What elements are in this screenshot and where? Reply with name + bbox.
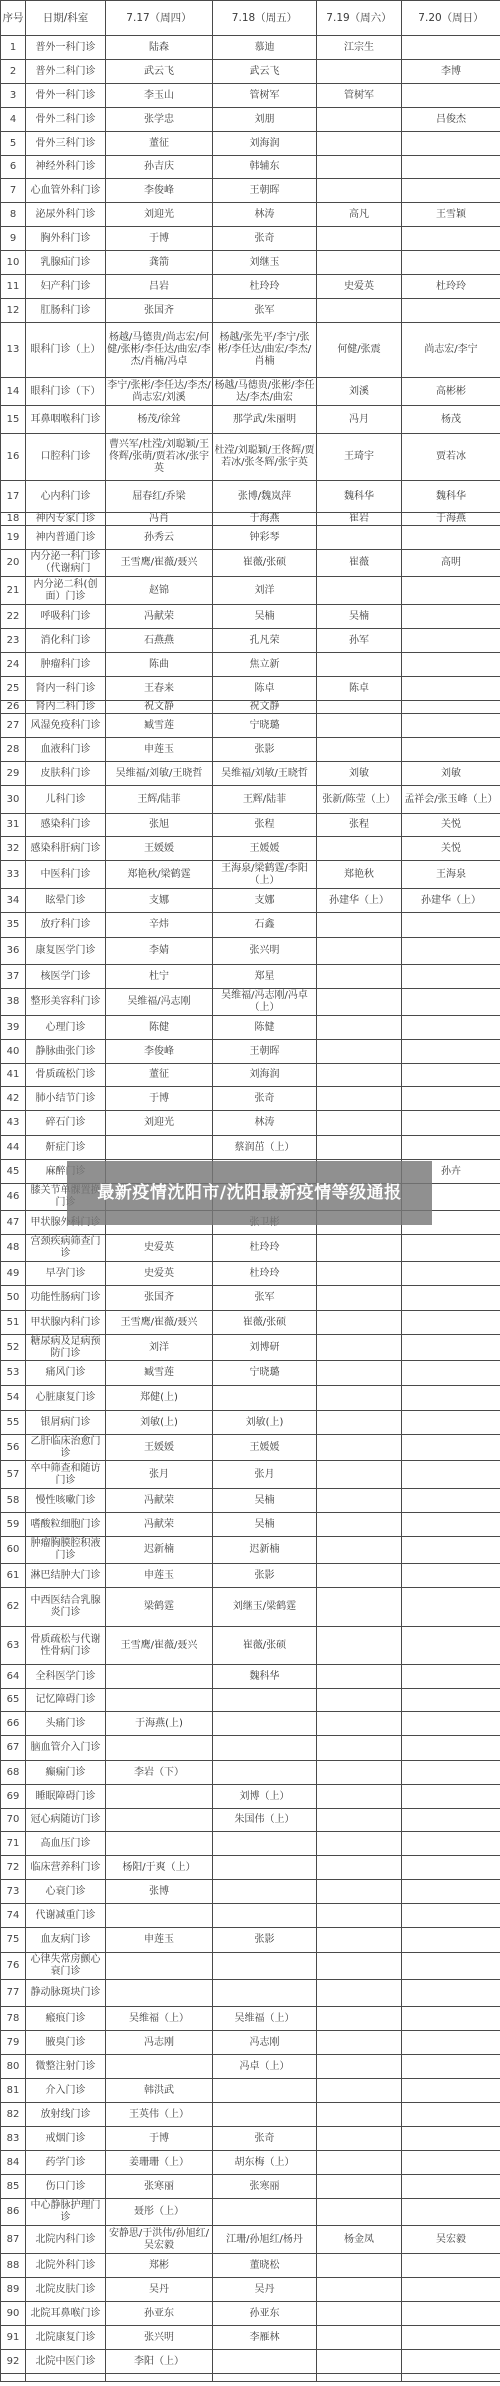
doctor-0720 (402, 1880, 500, 1904)
doctor-0718: 刘继玉 (213, 251, 317, 275)
row-number: 60 (1, 1537, 26, 1564)
table-row: 65记忆障碍门诊 (1, 1689, 500, 1712)
department-name: 神内普通门诊 (26, 526, 106, 550)
table-row: 9胸外科门诊于博张奇 (1, 227, 500, 251)
doctor-0718: 林涛 (213, 203, 317, 227)
department-name: 癫痫门诊 (26, 1761, 106, 1785)
doctor-0720: 魏科华 (402, 481, 500, 513)
table-row: 72临床营养科门诊杨阳/于爽（上） (1, 1856, 500, 1880)
doctor-0717: 李俊峰 (106, 179, 213, 203)
doctor-0720: 孙建华（上） (402, 889, 500, 913)
doctor-0720: 王海泉 (402, 861, 500, 889)
table-row: 36康复医学门诊李婧张兴明 (1, 938, 500, 965)
doctor-0720 (402, 577, 500, 605)
doctor-0720: 王雪颖 (402, 203, 500, 227)
doctor-0718: 崔薇/张硕 (213, 1311, 317, 1335)
department-name: 肺小结节门诊 (26, 1087, 106, 1111)
doctor-0718: 江珊/孙旭红/杨丹 (213, 2226, 317, 2254)
doctor-0718: 杜玲玲 (213, 1235, 317, 1262)
doctor-0718: 林涛 (213, 1111, 317, 1136)
table-row: 35放疗科门诊辛炜石鑫 (1, 913, 500, 938)
department-name: 眼科门诊（下） (26, 378, 106, 406)
doctor-0717: 张学忠 (106, 108, 213, 132)
doctor-0717: 申莲玉 (106, 738, 213, 762)
doctor-0719: 江宗生 (317, 36, 402, 60)
col-header-date-0717: 7.17（周四） (106, 1, 213, 36)
doctor-0718: 杨越/马德贵/张彬/李任达/李杰/曲宏 (213, 378, 317, 406)
doctor-0719 (317, 1286, 402, 1311)
doctor-0717: 张月 (106, 1461, 213, 1489)
doctor-0718: 张博/魏岚萍 (213, 481, 317, 513)
table-row: 63骨质疏松与代谢性骨病门诊王雪鹰/崔薇/聂兴崔薇/张硕 (1, 1627, 500, 1665)
doctor-0717: 石燕燕 (106, 629, 213, 653)
doctor-0717: 张寒丽 (106, 2175, 213, 2199)
doctor-0720 (402, 1928, 500, 1953)
table-row: 67脑血管介入门诊 (1, 1736, 500, 1761)
doctor-0718: 吴维福/刘敏/王晓哲 (213, 762, 317, 786)
department-name: 心脏康复门诊 (26, 1386, 106, 1411)
doctor-0718: 韩辅东 (213, 156, 317, 179)
doctor-0720 (402, 913, 500, 938)
table-row: 4骨外二科门诊张学忠刘朋吕俊杰 (1, 108, 500, 132)
doctor-0719 (317, 179, 402, 203)
row-number: 68 (1, 1761, 26, 1785)
department-name: 肾内一科门诊 (26, 677, 106, 701)
department-name: 乳腺疝门诊 (26, 251, 106, 275)
row-number: 42 (1, 1087, 26, 1111)
doctor-0718: 杜玲玲 (213, 1262, 317, 1286)
row-number: 5 (1, 132, 26, 156)
doctor-0717 (106, 1736, 213, 1761)
doctor-0718 (213, 1980, 317, 2007)
doctor-0719: 崔岩 (317, 513, 402, 526)
doctor-0717: 韩洪武 (106, 2079, 213, 2103)
department-name: 骨外二科门诊 (26, 108, 106, 132)
doctor-0719 (317, 1461, 402, 1489)
doctor-0718: 王朝晖 (213, 179, 317, 203)
table-row: 6神经外科门诊孙吉庆韩辅东 (1, 156, 500, 179)
doctor-0720 (402, 1040, 500, 1064)
row-number: 72 (1, 1856, 26, 1880)
department-name: 北院康复门诊 (26, 2326, 106, 2350)
doctor-0718: 吴丹 (213, 2278, 317, 2302)
table-row: 33中医科门诊郑艳秋/梁鹤霆王海泉/梁鹤霆/李阳（上）郑艳秋王海泉 (1, 861, 500, 889)
row-number: 30 (1, 786, 26, 814)
row-number: 36 (1, 938, 26, 965)
department-name: 呼吸科门诊 (26, 605, 106, 629)
doctor-0717: 史爱英 (106, 1262, 213, 1286)
row-number: 51 (1, 1311, 26, 1335)
doctor-0718: 慕迪 (213, 36, 317, 60)
doctor-0718: 支娜 (213, 889, 317, 913)
doctor-0720 (402, 1856, 500, 1880)
department-name: 睡眠障碍门诊 (26, 1785, 106, 1809)
table-row: 85伤口门诊张寒丽张寒丽 (1, 2175, 500, 2199)
col-header-date-0718: 7.18（周五） (213, 1, 317, 36)
table-row: 76心律失常房颤心衰门诊 (1, 1953, 500, 1980)
doctor-0718: 刘敏(上) (213, 1411, 317, 1435)
department-name: 感染科肝病门诊 (26, 837, 106, 861)
doctor-0717 (106, 2055, 213, 2079)
row-number: 11 (1, 275, 26, 299)
col-header-date-0720: 7.20（周日） (402, 1, 500, 36)
row-number: 6 (1, 156, 26, 179)
doctor-0718: 魏科华 (213, 1665, 317, 1689)
doctor-0720 (402, 2254, 500, 2278)
department-name: 静脉曲张门诊 (26, 1040, 106, 1064)
table-row: 15耳鼻咽喉科门诊杨茂/徐耸那学武/朱丽明冯月杨茂 (1, 406, 500, 434)
department-name: 神内专家门诊 (26, 513, 106, 526)
doctor-0718 (213, 2350, 317, 2374)
doctor-0718: 石鑫 (213, 913, 317, 938)
doctor-0718: 李雁林 (213, 2326, 317, 2350)
doctor-0719 (317, 526, 402, 550)
doctor-0717: 陈曲 (106, 653, 213, 677)
row-number: 16 (1, 434, 26, 481)
doctor-0718: 孔凡荣 (213, 629, 317, 653)
table-row: 43碎石门诊刘迎光林涛 (1, 1111, 500, 1136)
department-name: 北院外科门诊 (26, 2254, 106, 2278)
department-name: 脑血管介入门诊 (26, 1736, 106, 1761)
doctor-0717: 臧雪莲 (106, 714, 213, 738)
row-number: 59 (1, 1513, 26, 1537)
doctor-0720 (402, 1832, 500, 1856)
doctor-0720 (402, 132, 500, 156)
table-row: 61淋巴结肿大门诊申莲玉张影 (1, 1564, 500, 1588)
doctor-0719: 魏科华 (317, 481, 402, 513)
doctor-0717: 王媛媛 (106, 1435, 213, 1461)
doctor-0717: 于博 (106, 227, 213, 251)
doctor-0720 (402, 2302, 500, 2326)
department-name: 药学门诊 (26, 2151, 106, 2175)
doctor-0720 (402, 299, 500, 323)
department-name: 口腔科门诊 (26, 434, 106, 481)
empty-cell (1, 2374, 26, 2382)
table-row: 79腋臭门诊冯志刚冯志刚 (1, 2031, 500, 2055)
table-row: 30儿科门诊王辉/陆菲王辉/陆菲张新/陈莹（上）孟祥会/张玉峰（上） (1, 786, 500, 814)
table-row: 5骨外三科门诊董征刘海润 (1, 132, 500, 156)
doctor-0719: 王琦宇 (317, 434, 402, 481)
table-row: 27风湿免疫科门诊臧雪莲宁晓璐 (1, 714, 500, 738)
doctor-0719 (317, 1689, 402, 1712)
doctor-0718: 吴维福（上） (213, 2007, 317, 2031)
row-number: 27 (1, 714, 26, 738)
doctor-0718: 吴楠 (213, 605, 317, 629)
doctor-0719 (317, 1953, 402, 1980)
doctor-0717: 支娜 (106, 889, 213, 913)
row-number: 86 (1, 2199, 26, 2226)
doctor-0720 (402, 2055, 500, 2079)
col-header-date-0719: 7.19（周六） (317, 1, 402, 36)
doctor-0719: 杨金凤 (317, 2226, 402, 2254)
doctor-0719: 何健/张震 (317, 323, 402, 378)
doctor-0720 (402, 1411, 500, 1435)
doctor-0719 (317, 1311, 402, 1335)
row-number: 64 (1, 1665, 26, 1689)
doctor-0717: 孙吉庆 (106, 156, 213, 179)
doctor-0717: 杨阳/于爽（上） (106, 1856, 213, 1880)
doctor-0720 (402, 2278, 500, 2302)
doctor-0718: 刘朋 (213, 108, 317, 132)
department-name: 代谢减重门诊 (26, 1904, 106, 1928)
doctor-0717 (106, 1980, 213, 2007)
department-name: 糖尿病及足病预防门诊 (26, 1335, 106, 1361)
doctor-0720: 杨茂 (402, 406, 500, 434)
department-name: 肾内二科门诊 (26, 701, 106, 714)
doctor-0720 (402, 1953, 500, 1980)
doctor-0718: 焦立新 (213, 653, 317, 677)
department-name: 心律失常房颤心衰门诊 (26, 1953, 106, 1980)
doctor-0720: 吴宏毅 (402, 2226, 500, 2254)
doctor-0719 (317, 2326, 402, 2350)
doctor-0719 (317, 837, 402, 861)
doctor-0718 (213, 1712, 317, 1736)
doctor-0719 (317, 2175, 402, 2199)
row-number: 88 (1, 2254, 26, 2278)
department-name: 记忆障碍门诊 (26, 1689, 106, 1712)
doctor-0720 (402, 251, 500, 275)
row-number: 49 (1, 1262, 26, 1286)
doctor-0718: 张月 (213, 1461, 317, 1489)
doctor-0717: 武云飞 (106, 60, 213, 84)
doctor-0717: 王辉/陆菲 (106, 786, 213, 814)
doctor-0720 (402, 738, 500, 762)
doctor-0717: 张旭 (106, 814, 213, 837)
doctor-0717: 王雪鹰/崔薇/聂兴 (106, 1311, 213, 1335)
doctor-0717: 孙秀云 (106, 526, 213, 550)
doctor-0717: 吴丹 (106, 2278, 213, 2302)
row-number: 78 (1, 2007, 26, 2031)
doctor-0717: 姜珊珊（上） (106, 2151, 213, 2175)
doctor-0717 (106, 1689, 213, 1712)
doctor-0720 (402, 156, 500, 179)
department-name: 肿瘤科门诊 (26, 653, 106, 677)
department-name: 皮肤科门诊 (26, 762, 106, 786)
doctor-0717: 陈健 (106, 1016, 213, 1040)
row-number: 47 (1, 1211, 26, 1235)
empty-cell (106, 2374, 213, 2382)
doctor-0718: 冯志刚 (213, 2031, 317, 2055)
doctor-0719 (317, 1513, 402, 1537)
doctor-0718 (213, 2199, 317, 2226)
table-row: 57卒中筛查和随访门诊张月张月 (1, 1461, 500, 1489)
table-row: 44鼾症门诊蔡润茁（上） (1, 1136, 500, 1160)
doctor-0719 (317, 1880, 402, 1904)
doctor-0719: 郑艳秋 (317, 861, 402, 889)
doctor-0718: 王朝晖 (213, 1040, 317, 1064)
doctor-0720 (402, 179, 500, 203)
table-row: 66头痛门诊于海燕(上) (1, 1712, 500, 1736)
col-header-department: 日期/科室 (26, 1, 106, 36)
doctor-0720: 孟祥会/张玉峰（上） (402, 786, 500, 814)
doctor-0718: 张程 (213, 814, 317, 837)
doctor-0717: 吴维福/冯志刚 (106, 989, 213, 1016)
department-name: 临床营养科门诊 (26, 1856, 106, 1880)
doctor-0718: 吴维福/冯志刚/冯卓（上） (213, 989, 317, 1016)
row-number: 34 (1, 889, 26, 913)
doctor-0718: 祝文静 (213, 701, 317, 714)
doctor-0717: 郑艳秋/梁鹤霆 (106, 861, 213, 889)
table-row: 51甲状腺内科门诊王雪鹰/崔薇/聂兴崔薇/张硕 (1, 1311, 500, 1335)
doctor-0718: 崔薇/张硕 (213, 1627, 317, 1665)
department-name: 中心静脉护理门诊 (26, 2199, 106, 2226)
doctor-0719 (317, 156, 402, 179)
doctor-0717 (106, 1809, 213, 1832)
doctor-0720 (402, 714, 500, 738)
table-row: 73心衰门诊张博 (1, 1880, 500, 1904)
doctor-0719 (317, 1262, 402, 1286)
table-row: 16口腔科门诊曹兴军/杜滢/刘聪颖/王佟辉/张萌/贾若冰/张宇英杜滢/刘聪颖/王… (1, 434, 500, 481)
row-number: 61 (1, 1564, 26, 1588)
table-row: 86中心静脉护理门诊聂彤（上） (1, 2199, 500, 2226)
row-number: 56 (1, 1435, 26, 1461)
table-row: 7心血管外科门诊李俊峰王朝晖 (1, 179, 500, 203)
department-name: 放射线门诊 (26, 2103, 106, 2127)
department-name: 普外二科门诊 (26, 60, 106, 84)
row-number: 92 (1, 2350, 26, 2374)
doctor-0719 (317, 1785, 402, 1809)
doctor-0719: 高凡 (317, 203, 402, 227)
department-name: 甲状腺内科门诊 (26, 1311, 106, 1335)
doctor-0720 (402, 1627, 500, 1665)
table-row: 31感染科门诊张旭张程张程关悦 (1, 814, 500, 837)
doctor-0719 (317, 913, 402, 938)
doctor-0719: 刘敏 (317, 762, 402, 786)
department-name: 瘢痕门诊 (26, 2007, 106, 2031)
doctor-0720 (402, 1537, 500, 1564)
doctor-0718 (213, 1736, 317, 1761)
table-row: 64全科医学门诊魏科华 (1, 1665, 500, 1689)
doctor-0719 (317, 1489, 402, 1513)
doctor-0717 (106, 1953, 213, 1980)
doctor-0720: 尚志宏/李宁 (402, 323, 500, 378)
table-row: 52糖尿病及足病预防门诊刘洋刘博研 (1, 1335, 500, 1361)
doctor-0718: 刘洋 (213, 577, 317, 605)
table-row: 37核医学门诊杜宁郑星 (1, 965, 500, 989)
doctor-0719 (317, 1361, 402, 1386)
doctor-0720: 高明 (402, 550, 500, 577)
row-number: 50 (1, 1286, 26, 1311)
table-row: 17心内科门诊屈春红/乔梁张博/魏岚萍魏科华魏科华 (1, 481, 500, 513)
row-number: 33 (1, 861, 26, 889)
row-number: 53 (1, 1361, 26, 1386)
department-name: 介入门诊 (26, 2079, 106, 2103)
doctor-0719 (317, 2350, 402, 2374)
row-number: 81 (1, 2079, 26, 2103)
table-row: 48宫颈疾病筛查门诊史爱英杜玲玲 (1, 1235, 500, 1262)
table-row: 39心理门诊陈健陈健 (1, 1016, 500, 1040)
doctor-0720: 刘敏 (402, 762, 500, 786)
doctor-0720 (402, 1136, 500, 1160)
doctor-0718: 张奇 (213, 227, 317, 251)
table-row: 19神内普通门诊孙秀云钟彩琴 (1, 526, 500, 550)
department-name: 全科医学门诊 (26, 1665, 106, 1689)
empty-cell (26, 2374, 106, 2382)
doctor-0719 (317, 1235, 402, 1262)
doctor-0720 (402, 2350, 500, 2374)
doctor-0719 (317, 1809, 402, 1832)
doctor-0718: 张影 (213, 738, 317, 762)
table-row: 78瘢痕门诊吴维福（上）吴维福（上） (1, 2007, 500, 2031)
doctor-0719 (317, 1435, 402, 1461)
department-name: 骨质疏松门诊 (26, 1064, 106, 1087)
doctor-0718: 张寒丽 (213, 2175, 317, 2199)
table-row: 55银屑病门诊刘敏(上)刘敏(上) (1, 1411, 500, 1435)
row-number: 45 (1, 1160, 26, 1184)
doctor-0718: 张军 (213, 1286, 317, 1311)
row-number: 7 (1, 179, 26, 203)
row-number: 54 (1, 1386, 26, 1411)
doctor-0718 (213, 1761, 317, 1785)
table-row: 13眼科门诊（上）杨越/马德贵/尚志宏/何健/张彬/李任达/曲宏/李杰/肖楠/冯… (1, 323, 500, 378)
row-number: 52 (1, 1335, 26, 1361)
doctor-0720 (402, 2007, 500, 2031)
doctor-0717: 李阳（上） (106, 2350, 213, 2374)
department-name: 放疗科门诊 (26, 913, 106, 938)
doctor-0717: 张国齐 (106, 1286, 213, 1311)
doctor-0717: 史爱英 (106, 1235, 213, 1262)
row-number: 31 (1, 814, 26, 837)
doctor-0720 (402, 2199, 500, 2226)
table-row: 42肺小结节门诊于博张奇 (1, 1087, 500, 1111)
row-number: 39 (1, 1016, 26, 1040)
row-number: 18 (1, 513, 26, 526)
doctor-0719 (317, 2127, 402, 2151)
doctor-0719 (317, 1627, 402, 1665)
doctor-0717 (106, 1832, 213, 1856)
table-row: 70冠心病随访门诊朱国伟（上） (1, 1809, 500, 1832)
table-row: 24肿瘤科门诊陈曲焦立新 (1, 653, 500, 677)
doctor-0719 (317, 1136, 402, 1160)
doctor-0717: 吴维福（上） (106, 2007, 213, 2031)
doctor-0720 (402, 1064, 500, 1087)
doctor-0718: 钟彩琴 (213, 526, 317, 550)
doctor-0720: 关悦 (402, 837, 500, 861)
table-row: 74代谢减重门诊 (1, 1904, 500, 1928)
empty-cell (213, 2374, 317, 2382)
doctor-0717: 吕岩 (106, 275, 213, 299)
doctor-0717: 刘迎光 (106, 203, 213, 227)
doctor-0720: 李博 (402, 60, 500, 84)
doctor-0719 (317, 1856, 402, 1880)
doctor-0718: 陈卓 (213, 677, 317, 701)
doctor-0717 (106, 1904, 213, 1928)
row-number: 80 (1, 2055, 26, 2079)
row-number: 74 (1, 1904, 26, 1928)
doctor-0717: 梁鹤霆 (106, 1588, 213, 1627)
department-name: 中医科门诊 (26, 861, 106, 889)
doctor-0719: 刘溪 (317, 378, 402, 406)
doctor-0718: 崔薇/张硕 (213, 550, 317, 577)
doctor-0717: 冯志刚 (106, 2031, 213, 2055)
row-number: 75 (1, 1928, 26, 1953)
table-row: 2普外二科门诊武云飞武云飞李博 (1, 60, 500, 84)
doctor-0719 (317, 1761, 402, 1785)
doctor-0719 (317, 1665, 402, 1689)
table-row: 41骨质疏松门诊董征刘海润 (1, 1064, 500, 1087)
doctor-0720 (402, 1262, 500, 1286)
doctor-0720: 吕俊杰 (402, 108, 500, 132)
doctor-0717: 王英伟（上） (106, 2103, 213, 2127)
doctor-0718 (213, 1386, 317, 1411)
doctor-0718: 胡东梅（上） (213, 2151, 317, 2175)
row-number: 66 (1, 1712, 26, 1736)
empty-cell (402, 2374, 500, 2382)
doctor-0718: 刘继玉/梁鹤霆 (213, 1588, 317, 1627)
department-name: 乙肝临床治愈门诊 (26, 1435, 106, 1461)
row-number: 9 (1, 227, 26, 251)
table-row: 83戒烟门诊于博张奇 (1, 2127, 500, 2151)
